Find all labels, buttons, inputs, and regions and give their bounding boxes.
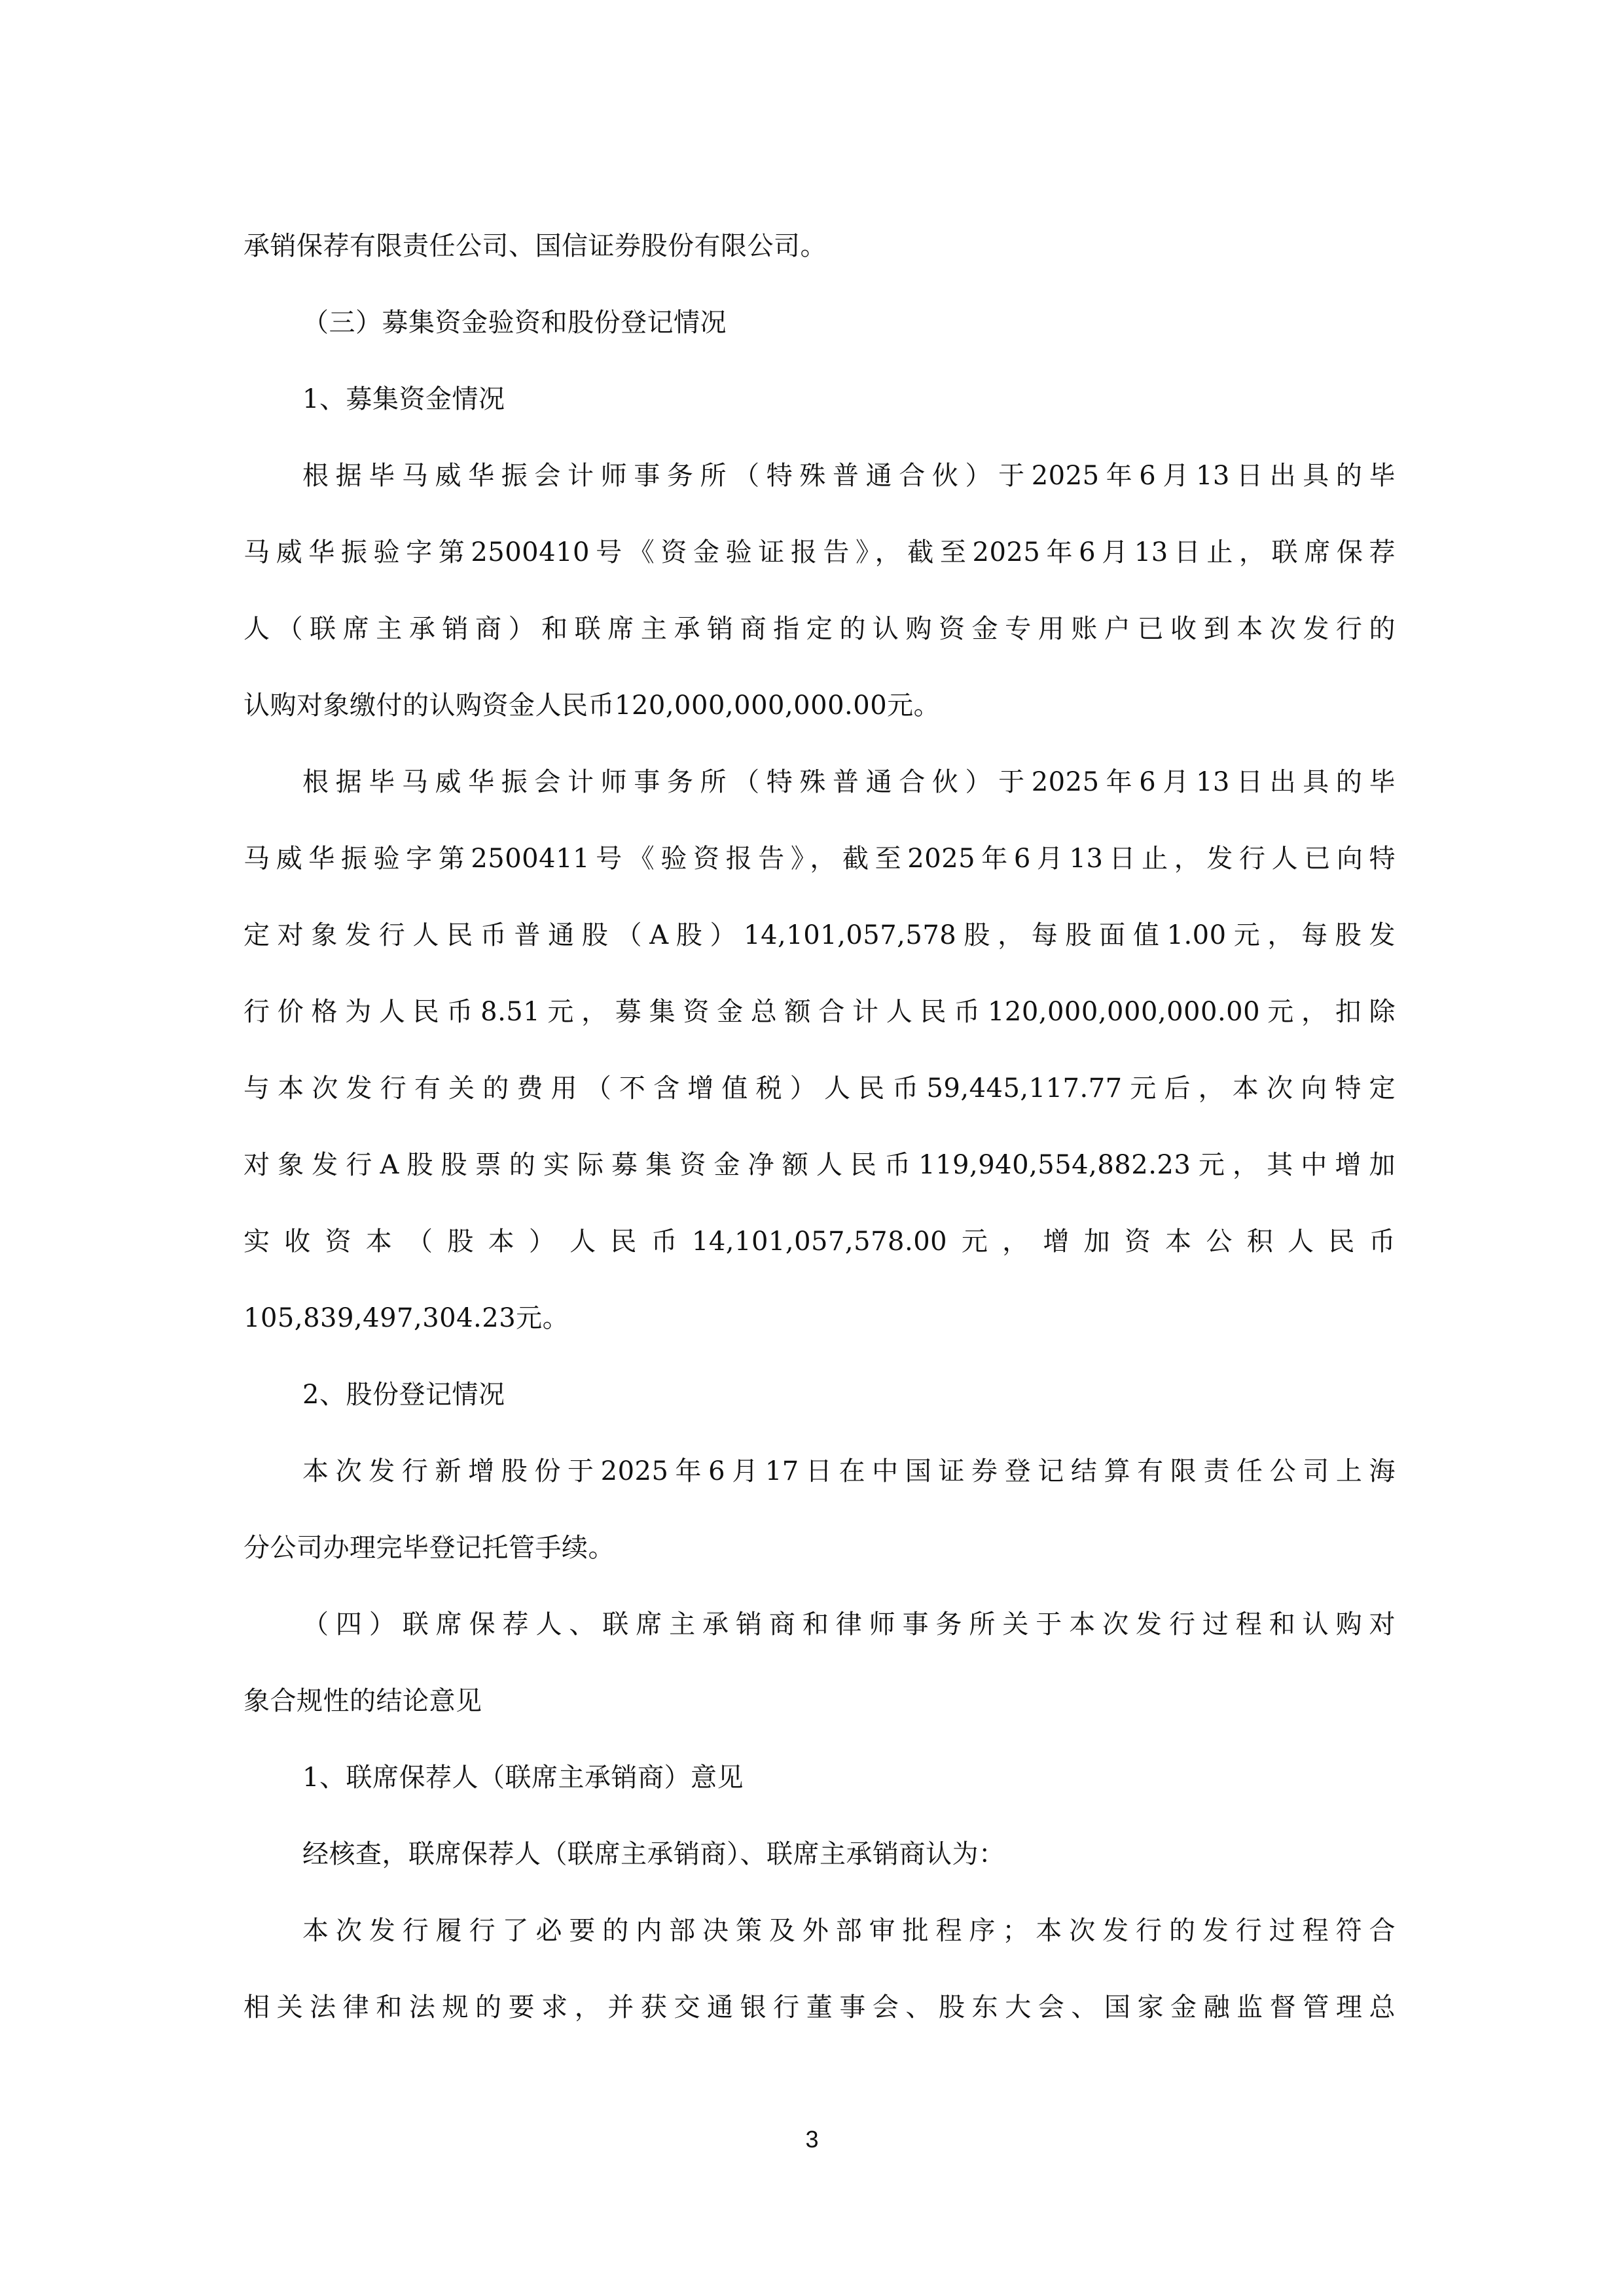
section-heading-compliance-opinion: （四）联席保荐人、联席主承销商和律师事务所关于本次发行过程和认购对 xyxy=(244,1587,1396,1663)
paragraph-line: 行价格为人民币8.51元，募集资金总额合计人民币120,000,000,000.… xyxy=(244,974,1396,1050)
paragraph-line: 根据毕马威华振会计师事务所（特殊普通合伙）于2025年6月13日出具的毕 xyxy=(244,438,1396,514)
paragraph-line: 人（联席主承销商）和联席主承销商指定的认购资金专用账户已收到本次发行的 xyxy=(244,591,1396,668)
paragraph-line: 相关法律和法规的要求，并获交通银行董事会、股东大会、国家金融监督管理总 xyxy=(244,1969,1396,2046)
section-heading-compliance-opinion-cont: 象合规性的结论意见 xyxy=(244,1663,1396,1740)
paragraph-line: 认购对象缴付的认购资金人民币120,000,000,000.00元。 xyxy=(244,668,1396,744)
paragraph-line: 本次发行新增股份于2025年6月17日在中国证券登记结算有限责任公司上海 xyxy=(244,1433,1396,1510)
paragraph-line: 实收资本（股本）人民币14,101,057,578.00元，增加资本公积人民币 xyxy=(244,1204,1396,1280)
paragraph-line: 根据毕马威华振会计师事务所（特殊普通合伙）于2025年6月13日出具的毕 xyxy=(244,744,1396,821)
paragraph-line: 马威华振验字第2500411号《验资报告》，截至2025年6月13日止，发行人已… xyxy=(244,821,1396,897)
paragraph-line: 马威华振验字第2500410号《资金验证报告》，截至2025年6月13日止，联席… xyxy=(244,514,1396,591)
paragraph-line: 105,839,497,304.23元。 xyxy=(244,1280,1396,1357)
paragraph-line: 与本次发行有关的费用（不含增值税）人民币59,445,117.77元后，本次向特… xyxy=(244,1050,1396,1127)
document-page: 承销保荐有限责任公司、国信证券股份有限公司。 （三）募集资金验资和股份登记情况 … xyxy=(244,208,1396,2046)
subsection-heading-sponsor-opinion: 1、联席保荐人（联席主承销商）意见 xyxy=(244,1740,1396,1816)
paragraph-line: 本次发行履行了必要的内部决策及外部审批程序；本次发行的发行过程符合 xyxy=(244,1893,1396,1969)
paragraph-line: 定对象发行人民币普通股（A股）14,101,057,578股，每股面值1.00元… xyxy=(244,897,1396,974)
paragraph-line: 经核查，联席保荐人（联席主承销商）、联席主承销商认为： xyxy=(244,1816,1396,1893)
paragraph-line: 分公司办理完毕登记托管手续。 xyxy=(244,1510,1396,1587)
paragraph-line: 对象发行A股股票的实际募集资金净额人民币119,940,554,882.23元，… xyxy=(244,1127,1396,1204)
text-line-continuation: 承销保荐有限责任公司、国信证券股份有限公司。 xyxy=(244,208,1396,285)
section-heading-capital-verification: （三）募集资金验资和股份登记情况 xyxy=(244,285,1396,361)
subsection-heading-raised-funds: 1、募集资金情况 xyxy=(244,361,1396,438)
subsection-heading-share-registration: 2、股份登记情况 xyxy=(244,1357,1396,1433)
page-number: 3 xyxy=(0,2126,1624,2153)
